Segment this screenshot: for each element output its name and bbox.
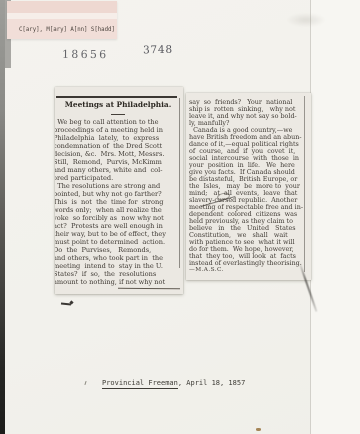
clipping-line: yoke so forcibly as now why not xyxy=(55,214,183,222)
headline-ornament-rule xyxy=(111,114,125,115)
clipping-line: This is not the time for strong xyxy=(55,198,183,206)
clipping-line: words only; when all realize the xyxy=(55,206,183,214)
archive-label-text: C[ary], M[ary] A[nn] S[hadd] xyxy=(19,27,115,33)
column-rule xyxy=(179,98,180,268)
clipping-line: amount to nothing, if not why not xyxy=(55,278,183,286)
caption-source-underlined: Provincial Freeman xyxy=(102,379,178,389)
scanner-edge xyxy=(0,0,5,434)
pen-arrow-head-mark xyxy=(69,300,73,304)
clipping-line: proceedings of a meeting held in xyxy=(55,126,183,134)
scanned-archive-page: C[ary], M[ary] A[nn] S[hadd] 18656 3748 … xyxy=(0,0,360,434)
clipping-headline: Meetings at Philadelphia. xyxy=(55,100,181,109)
clipping-line: States? if so, the resolutions xyxy=(55,270,183,278)
source-caption: Provincial Freeman, April 18, 1857 xyxy=(102,379,245,387)
paper-smudge xyxy=(286,13,326,27)
clipping-line: act? Protests are well enough in xyxy=(55,222,183,230)
right-column-text: say so friends? Your nationalship is rot… xyxy=(189,99,311,267)
page-edge-line xyxy=(310,0,360,434)
clipping-signature: —M.A.S.C. xyxy=(189,267,224,273)
accession-stamp-left: 18656 xyxy=(62,48,109,61)
clipping-line: pointed, but why not go farther? xyxy=(55,190,183,198)
clipping-line: instead of everlastingly theorising. xyxy=(189,260,311,267)
left-column-text: We beg to call attention to theproceedin… xyxy=(55,118,183,286)
clipping-line: and many others, white and col- xyxy=(55,166,183,174)
paper-speck xyxy=(256,428,261,431)
sticker-gap-band xyxy=(7,13,117,19)
accession-stamp-right: 3748 xyxy=(143,44,173,57)
newspaper-clipping-left-column: Meetings at Philadelphia. We beg to call… xyxy=(55,87,183,294)
clipping-line: Do the Purvises, Remonds, xyxy=(55,246,183,254)
clipping-line: must point to determined action. xyxy=(55,238,183,246)
clipping-line: Philadelphia lately, to express xyxy=(55,134,183,142)
clipping-line: ored participated. xyxy=(55,174,183,182)
clipping-line: their way, but to be of effect, they xyxy=(55,230,183,238)
clipping-line: Still, Remond, Purvis, McKimm xyxy=(55,158,183,166)
caption-date: , April 18, 1857 xyxy=(178,379,245,387)
clipping-line: meeting intend to stay in the U. xyxy=(55,262,183,270)
clipping-line: The resolutions are strong and xyxy=(55,182,183,190)
clipping-line: We beg to call attention to the xyxy=(55,118,183,126)
headline-top-rule xyxy=(56,96,177,98)
archive-label-sticker: C[ary], M[ary] A[nn] S[hadd] xyxy=(7,1,117,39)
column-rule xyxy=(304,96,305,272)
newspaper-clipping-right-column: say so friends? Your nationalship is rot… xyxy=(186,93,311,280)
sticker-top-band xyxy=(7,1,117,13)
clipping-line: decision, &c. Mrs. Mott, Messrs. xyxy=(55,150,183,158)
clipping-line: and others, who took part in the xyxy=(55,254,183,262)
clipping-line: condemnation of the Dred Scott xyxy=(55,142,183,150)
caption-tick-mark xyxy=(84,381,86,385)
